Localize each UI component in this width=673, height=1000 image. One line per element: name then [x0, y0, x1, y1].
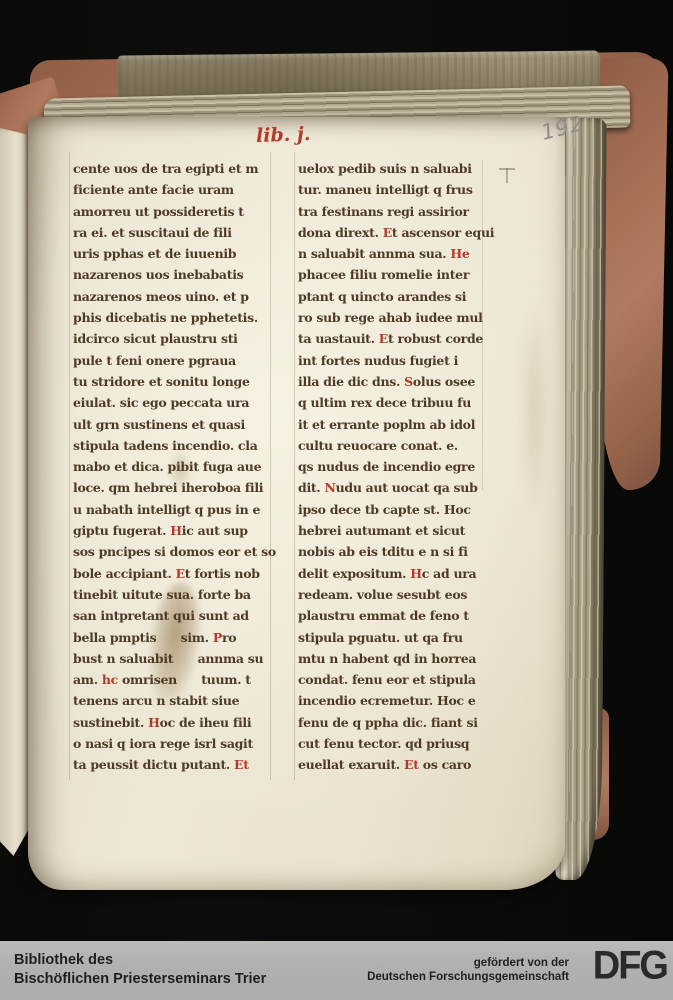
manuscript-line: bust n saluabit annma su — [73, 648, 273, 669]
manuscript-column-left: cente uos de tra egipti et mficiente ant… — [73, 158, 273, 776]
pencil-mark — [499, 168, 515, 184]
manuscript-line: dit. Nudu aut uocat qa sub — [298, 477, 490, 498]
manuscript-line: ficiente ante facie uram — [73, 179, 273, 200]
manuscript-line: redeam. volue sesubt eos — [298, 584, 490, 605]
funding-line2: Deutschen Forschungsgemeinschaft — [367, 970, 569, 984]
ruling-line — [294, 152, 295, 780]
library-name-line2: Bischöflichen Priesterseminars Trier — [14, 970, 266, 989]
manuscript-line: tenens arcu n stabit siue — [73, 690, 273, 711]
manuscript-line: sustinebit. Hoc de iheu fili — [73, 712, 273, 733]
footer-bar: Bibliothek des Bischöflichen Priestersem… — [0, 941, 673, 1000]
library-name-line1: Bibliothek des — [14, 951, 266, 970]
manuscript-line: n saluabit annma sua. He — [298, 243, 490, 264]
manuscript-line: sos pncipes si domos eor et so — [73, 541, 273, 562]
manuscript-line: int fortes nudus fugiet i — [298, 350, 490, 371]
manuscript-line: tu stridore et sonitu longe — [73, 371, 273, 392]
manuscript-line: tur. maneu intelligt q frus — [298, 179, 490, 200]
manuscript-line: bole accipiant. Et fortis nob — [73, 563, 273, 584]
manuscript-line: nazarenos meos uino. et p — [73, 286, 273, 307]
manuscript-line: am. hc omrisen tuum. t — [73, 669, 273, 690]
manuscript-line: incendio ecremetur. Hoc e — [298, 690, 490, 711]
manuscript-line: tinebit uitute sua. forte ba — [73, 584, 273, 605]
manuscript-line: dona dirext. Et ascensor equi — [298, 222, 490, 243]
manuscript-line: delit expositum. Hc ad ura — [298, 563, 490, 584]
manuscript-line: nazarenos uos inebabatis — [73, 264, 273, 285]
manuscript-line: it et errante poplm ab idol — [298, 414, 490, 435]
manuscript-column-right: uelox pedib suis n saluabitur. maneu int… — [298, 158, 490, 776]
manuscript-line: loce. qm hebrei iheroboa fili — [73, 477, 273, 498]
manuscript-line: bella pmptis sim. Pro — [73, 627, 273, 648]
manuscript-line: ta uastauit. Et robust corde — [298, 328, 490, 349]
manuscript-line: ipso dece tb capte st. Hoc — [298, 499, 490, 520]
manuscript-scan-viewer: lib. j. 192 cente uos de tra egipti et m… — [0, 0, 673, 1000]
manuscript-line: ta peussit dictu putant. Et — [73, 754, 273, 775]
manuscript-line: pule t feni onere pgraua — [73, 350, 273, 371]
manuscript-line: o nasi q iora rege isrl sagit — [73, 733, 273, 754]
manuscript-line: u nabath intelligt q pus in e — [73, 499, 273, 520]
manuscript-line: phis dicebatis ne pphetetis. — [73, 307, 273, 328]
manuscript-line: ptant q uincto arandes si — [298, 286, 490, 307]
rubric-book-header: lib. j. — [256, 123, 311, 147]
manuscript-line: mabo et dica. pibit fuga aue — [73, 456, 273, 477]
manuscript-line: q ultim rex dece tribuu fu — [298, 392, 490, 413]
manuscript-line: giptu fugerat. Hic aut sup — [73, 520, 273, 541]
manuscript-line: euellat exaruit. Et os caro — [298, 754, 490, 775]
library-name: Bibliothek des Bischöflichen Priestersem… — [14, 951, 266, 989]
facing-page-sliver — [0, 128, 30, 856]
manuscript-line: eiulat. sic ego peccata ura — [73, 392, 273, 413]
manuscript-line: nobis ab eis tditu e n si fi — [298, 541, 490, 562]
manuscript-line: condat. fenu eor et stipula — [298, 669, 490, 690]
manuscript-line: amorreu ut possideretis t — [73, 201, 273, 222]
manuscript-line: cut fenu tector. qd priusq — [298, 733, 490, 754]
manuscript-line: san intpretant qui sunt ad — [73, 605, 273, 626]
manuscript-line: fenu de q ppha dic. fiant si — [298, 712, 490, 733]
manuscript-line: cente uos de tra egipti et m — [73, 158, 273, 179]
manuscript-line: tra festinans regi assirior — [298, 201, 490, 222]
dfg-logo: DFG — [593, 944, 667, 989]
manuscript-line: ra ei. et suscitaui de fili — [73, 222, 273, 243]
manuscript-line: plaustru emmat de feno t — [298, 605, 490, 626]
manuscript-line: ult grn sustinens et quasi — [73, 414, 273, 435]
funding-credit: gefördert von der Deutschen Forschungsge… — [367, 956, 569, 984]
manuscript-line: mtu n habent qd in horrea — [298, 648, 490, 669]
manuscript-line: stipula tadens incendio. cla — [73, 435, 273, 456]
manuscript-line: cultu reuocare conat. e. — [298, 435, 490, 456]
ruling-line — [69, 152, 70, 780]
manuscript-line: hebrei autumant et sicut — [298, 520, 490, 541]
manuscript-line: phacee filiu romelie inter — [298, 264, 490, 285]
manuscript-line: uris pphas et de iuuenib — [73, 243, 273, 264]
manuscript-line: stipula pguatu. ut qa fru — [298, 627, 490, 648]
manuscript-line: illa die dic dns. Solus osee — [298, 371, 490, 392]
manuscript-line: idcirco sicut plaustru sti — [73, 328, 273, 349]
manuscript-line: ro sub rege ahab iudee mul — [298, 307, 490, 328]
manuscript-line: qs nudus de incendio egre — [298, 456, 490, 477]
funding-line1: gefördert von der — [367, 956, 569, 970]
manuscript-line: uelox pedib suis n saluabi — [298, 158, 490, 179]
